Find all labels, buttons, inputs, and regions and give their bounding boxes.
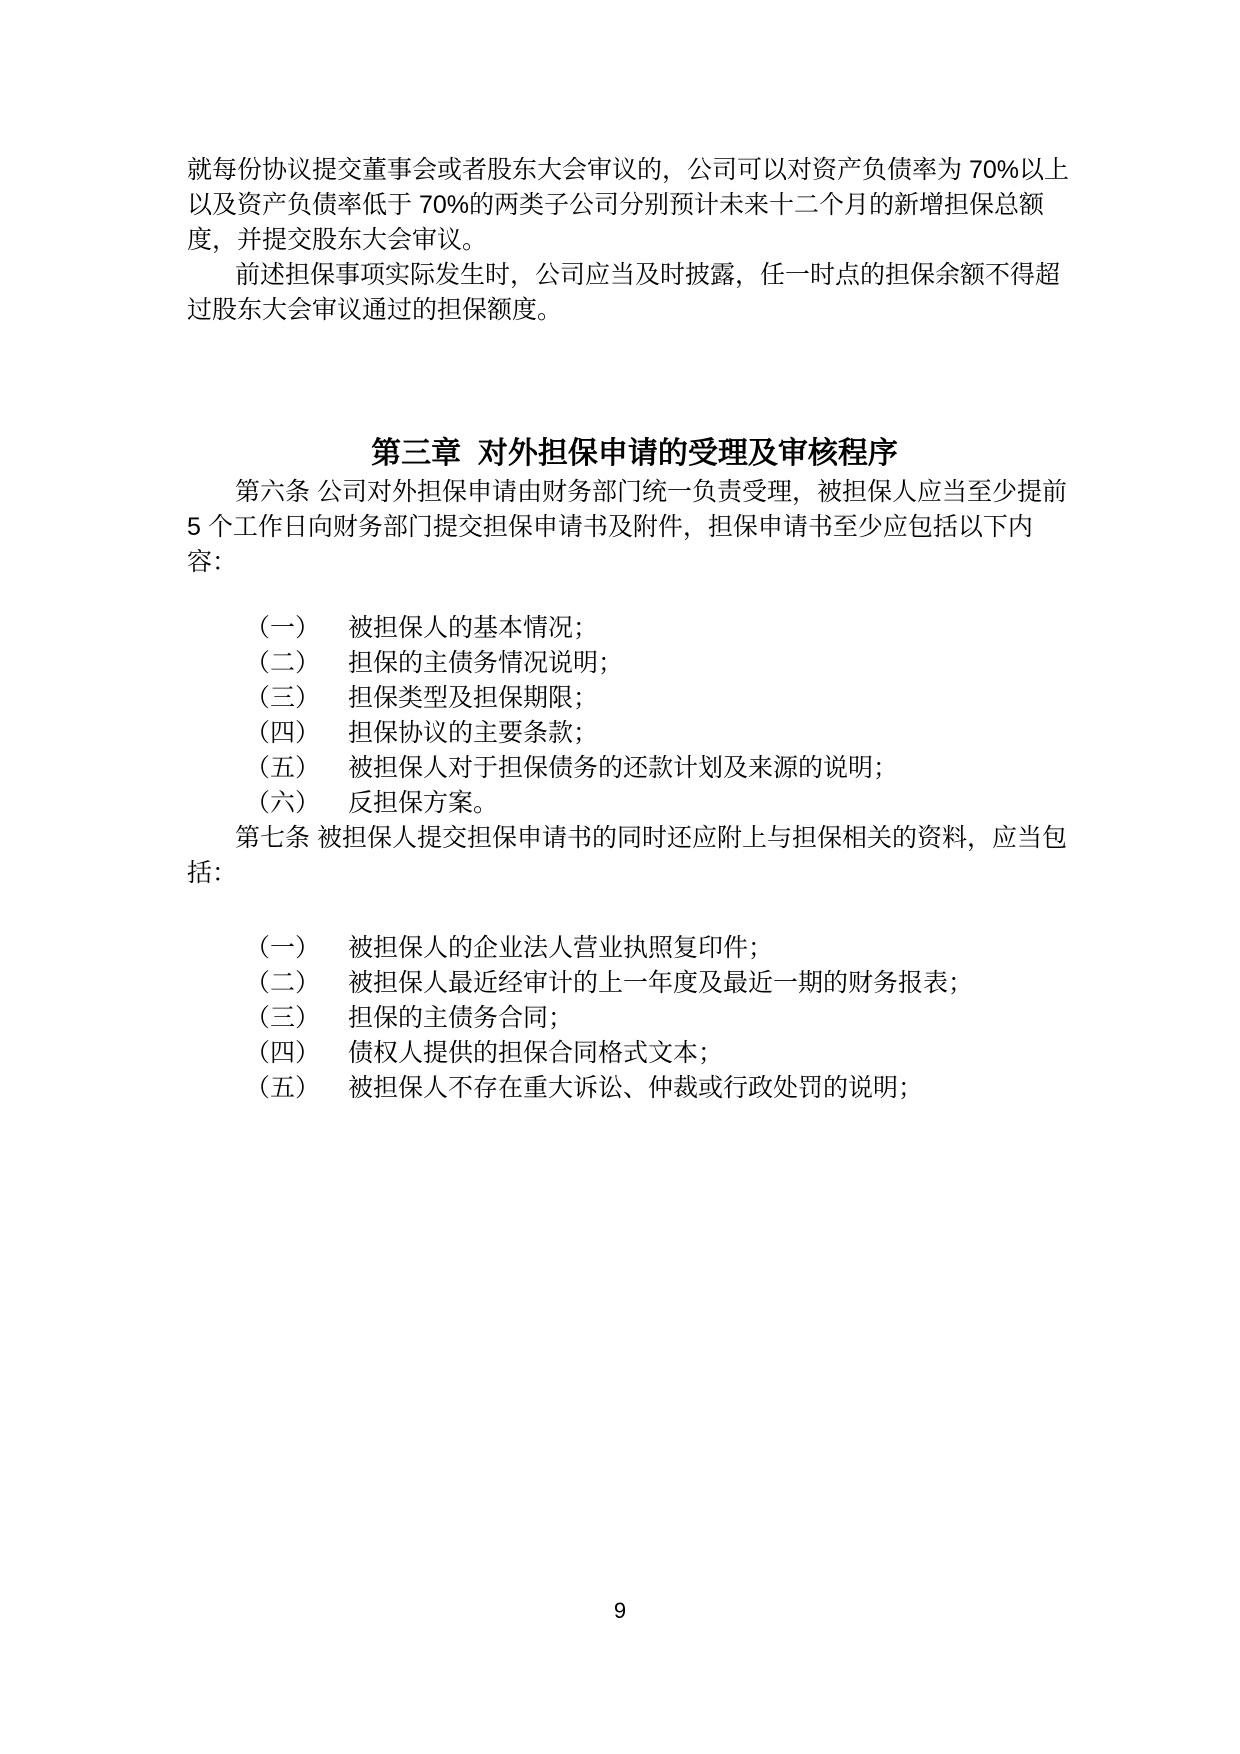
- item-number-label: （四）: [245, 1039, 320, 1067]
- item-number-label: （三）: [245, 684, 320, 712]
- article-7-paragraph: 第七条 被担保人提交担保申请书的同时还应附上与担保相关的资料，应当包括：: [187, 821, 1082, 891]
- item-number-label: （二）: [245, 969, 320, 997]
- item-text: 被担保人最近经审计的上一年度及最近一期的财务报表；: [348, 969, 973, 997]
- page-number: 9: [0, 1596, 1240, 1626]
- article6-item-2: （二）担保的主债务情况说明；: [187, 646, 1082, 681]
- item-number-label: （二）: [245, 649, 320, 677]
- item-text: 担保的主债务合同；: [348, 1004, 573, 1032]
- item-number-label: （一）: [245, 614, 320, 642]
- article7-item-4: （四）债权人提供的担保合同格式文本；: [187, 1036, 1082, 1071]
- item-number-label: （四）: [245, 719, 320, 747]
- chapter-3-heading: 第三章 对外担保申请的受理及审核程序: [187, 433, 1082, 475]
- item-number-label: （三）: [245, 1004, 320, 1032]
- item-number-label: （五）: [245, 754, 320, 782]
- item-text: 被担保人对于担保债务的还款计划及来源的说明；: [348, 754, 898, 782]
- item-text: 被担保人不存在重大诉讼、仲裁或行政处罚的说明；: [348, 1074, 923, 1102]
- article6-item-3: （三）担保类型及担保期限；: [187, 681, 1082, 716]
- item-text: 担保协议的主要条款；: [348, 719, 598, 747]
- item-number-label: （一）: [245, 934, 320, 962]
- article7-item-3: （三）担保的主债务合同；: [187, 1001, 1082, 1036]
- article6-item-6: （六）反担保方案。: [187, 786, 1082, 821]
- item-text: 债权人提供的担保合同格式文本；: [348, 1039, 723, 1067]
- item-text: 被担保人的基本情况；: [348, 614, 598, 642]
- document-page: 就每份协议提交董事会或者股东大会审议的，公司可以对资产负债率为 70%以上以及资…: [0, 0, 1240, 1754]
- item-text: 担保类型及担保期限；: [348, 684, 598, 712]
- paragraph-guarantee-quota-continuation: 就每份协议提交董事会或者股东大会审议的，公司可以对资产负债率为 70%以上以及资…: [187, 153, 1082, 258]
- paragraph-disclosure-requirement: 前述担保事项实际发生时，公司应当及时披露，任一时点的担保余额不得超过股东大会审议…: [187, 258, 1082, 328]
- item-text: 反担保方案。: [348, 789, 498, 817]
- item-number-label: （五）: [245, 1074, 320, 1102]
- item-text: 担保的主债务情况说明；: [348, 649, 623, 677]
- article7-item-5: （五）被担保人不存在重大诉讼、仲裁或行政处罚的说明；: [187, 1071, 1082, 1106]
- item-number-label: （六）: [245, 789, 320, 817]
- article6-item-4: （四）担保协议的主要条款；: [187, 716, 1082, 751]
- article7-item-2: （二）被担保人最近经审计的上一年度及最近一期的财务报表；: [187, 966, 1082, 1001]
- article6-item-5: （五）被担保人对于担保债务的还款计划及来源的说明；: [187, 751, 1082, 786]
- article6-item-1: （一）被担保人的基本情况；: [187, 611, 1082, 646]
- article-6-paragraph: 第六条 公司对外担保申请由财务部门统一负责受理，被担保人应当至少提前 5 个工作…: [187, 475, 1082, 580]
- item-text: 被担保人的企业法人营业执照复印件；: [348, 934, 773, 962]
- article7-item-1: （一）被担保人的企业法人营业执照复印件；: [187, 931, 1082, 966]
